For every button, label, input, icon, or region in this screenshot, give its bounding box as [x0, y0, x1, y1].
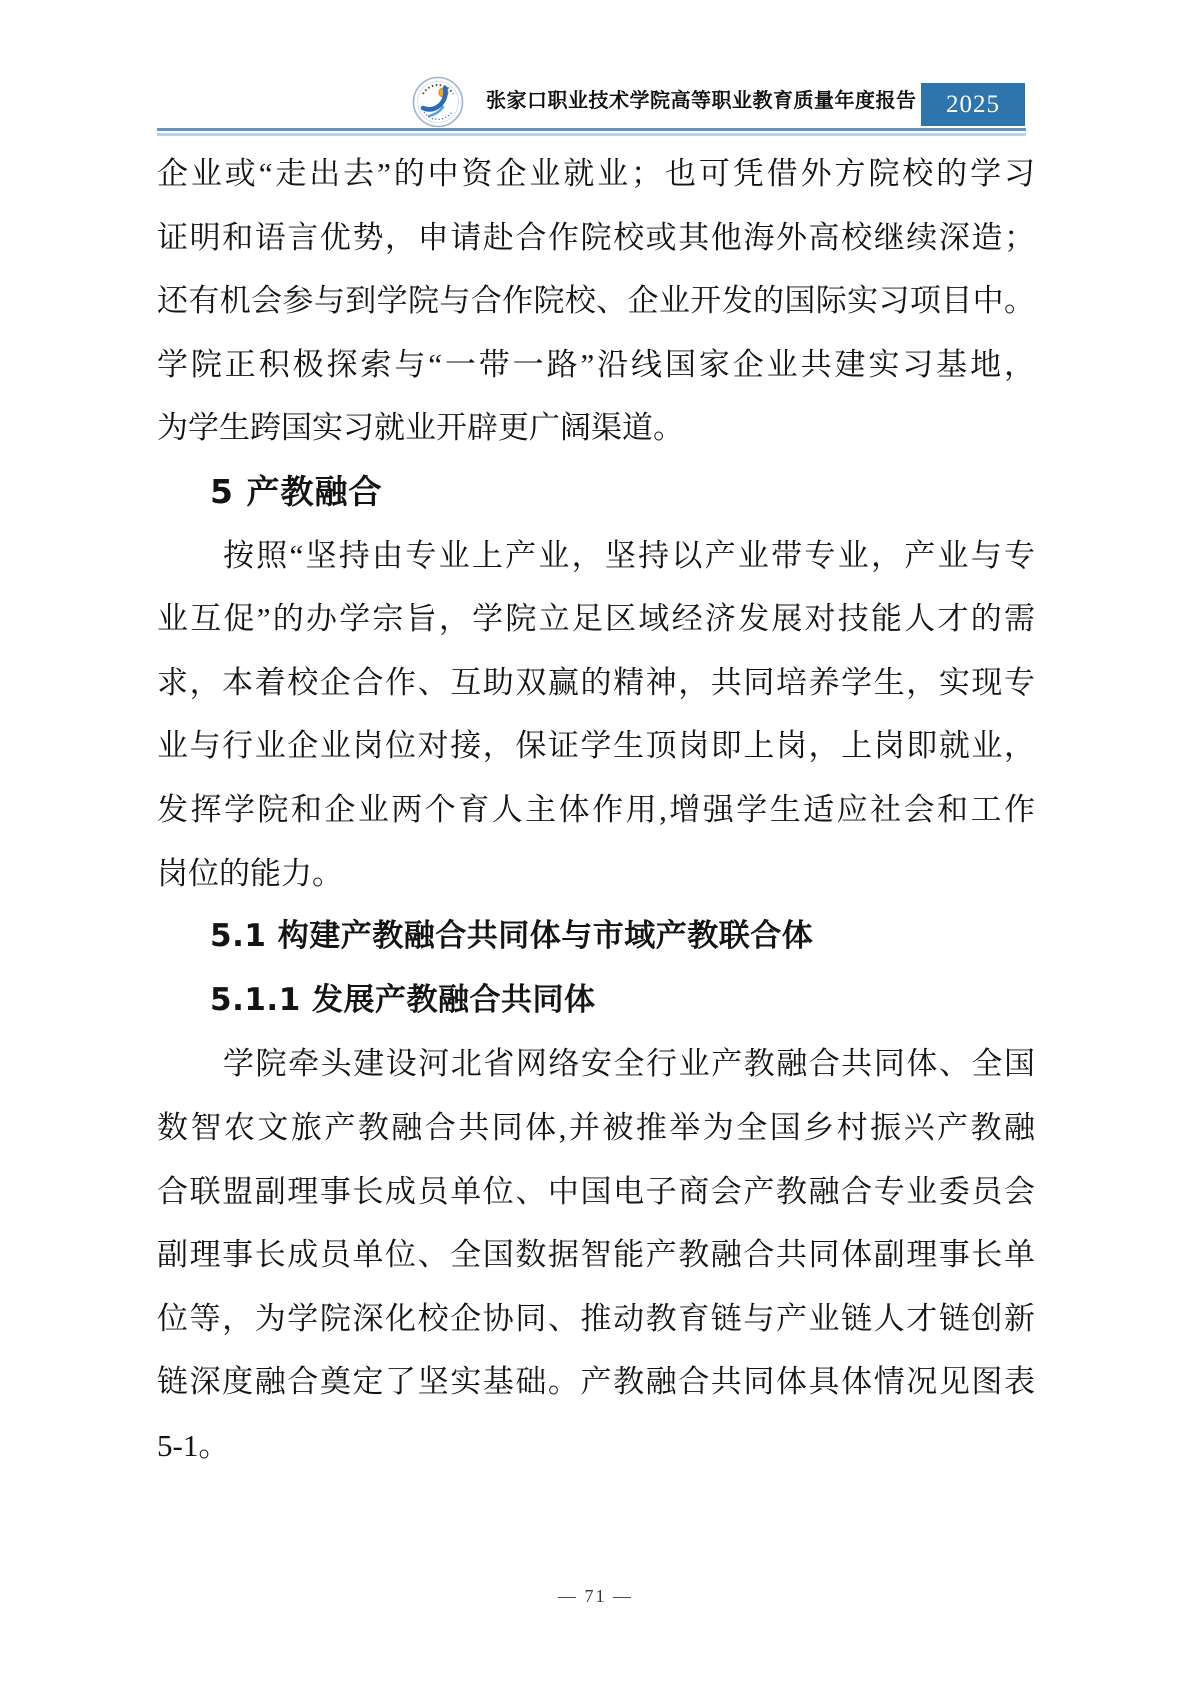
- body-line: 业与行业企业岗位对接，保证学生顶岗即上岗，上岗即就业，: [157, 714, 1035, 778]
- heading-section-5: 5 产教融合: [157, 460, 1035, 524]
- body-line: 学院正积极探索与“一带一路”沿线国家企业共建实习基地，: [157, 333, 1035, 397]
- document-body: 企业或“走出去”的中资企业就业；也可凭借外方院校的学习 证明和语言优势，申请赴合…: [157, 142, 1035, 1477]
- body-line: 链深度融合奠定了坚实基础。产教融合共同体具体情况见图表: [157, 1350, 1035, 1414]
- body-line: 5-1。: [157, 1414, 1035, 1478]
- body-line: 企业或“走出去”的中资企业就业；也可凭借外方院校的学习: [157, 142, 1035, 206]
- year-badge: 2025: [921, 83, 1025, 126]
- body-line: 业互促”的办学宗旨，学院立足区域经济发展对技能人才的需: [157, 587, 1035, 651]
- page-number: — 71 —: [0, 1586, 1191, 1607]
- body-line: 学院牵头建设河北省网络安全行业产教融合共同体、全国: [157, 1032, 1035, 1096]
- body-line: 岗位的能力。: [157, 842, 1035, 906]
- college-emblem-icon: [412, 76, 464, 128]
- body-line: 合联盟副理事长成员单位、中国电子商会产教融合专业委员会: [157, 1160, 1035, 1224]
- body-line: 还有机会参与到学院与合作院校、企业开发的国际实习项目中。: [157, 269, 1035, 333]
- body-line: 副理事长成员单位、全国数据智能产教融合共同体副理事长单: [157, 1223, 1035, 1287]
- body-line: 位等，为学院深化校企协同、推动教育链与产业链人才链创新: [157, 1287, 1035, 1351]
- body-line: 证明和语言优势，申请赴合作院校或其他海外高校继续深造；: [157, 206, 1035, 270]
- header-rule: [157, 128, 1026, 136]
- body-line: 求，本着校企合作、互助双赢的精神，共同培养学生，实现专: [157, 651, 1035, 715]
- heading-section-5-1-1: 5.1.1 发展产教融合共同体: [157, 969, 1035, 1033]
- body-line: 数智农文旅产教融合共同体,并被推举为全国乡村振兴产教融: [157, 1096, 1035, 1160]
- report-title: 张家口职业技术学院高等职业教育质量年度报告: [486, 88, 917, 114]
- body-line: 按照“坚持由专业上产业，坚持以产业带专业，产业与专: [157, 524, 1035, 588]
- body-line: 发挥学院和企业两个育人主体作用,增强学生适应社会和工作: [157, 778, 1035, 842]
- document-page: 张家口职业技术学院高等职业教育质量年度报告 2025 企业或“走出去”的中资企业…: [0, 0, 1191, 1684]
- body-line: 为学生跨国实习就业开辟更广阔渠道。: [157, 396, 1035, 460]
- heading-section-5-1: 5.1 构建产教融合共同体与市域产教联合体: [157, 905, 1035, 969]
